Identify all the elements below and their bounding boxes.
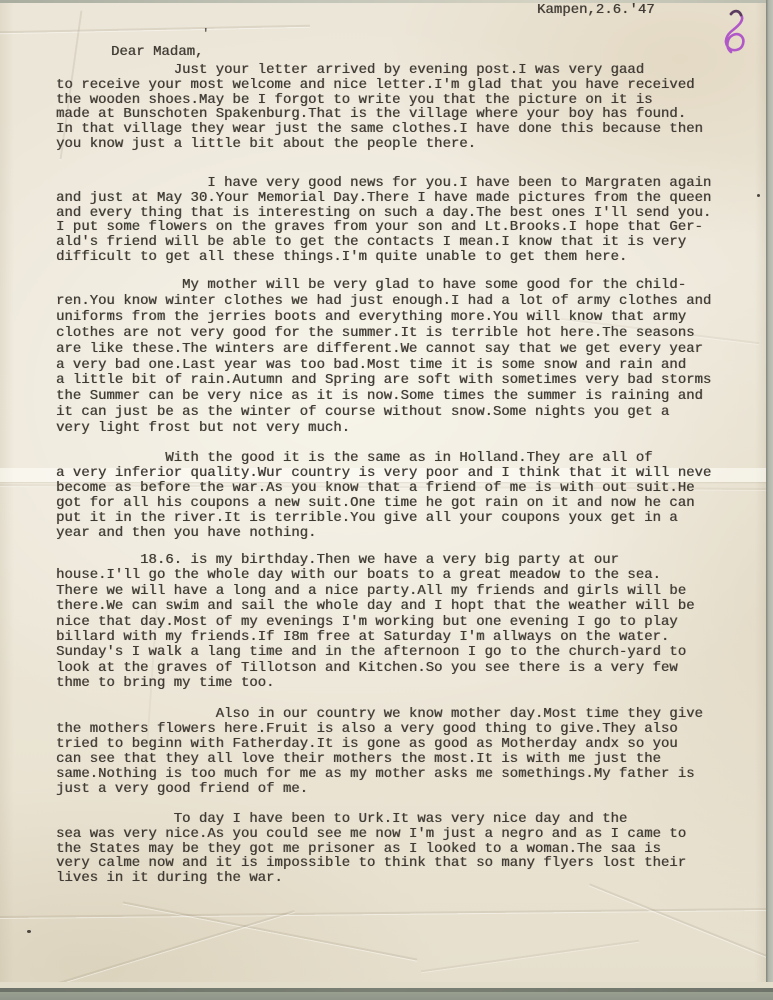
crease bbox=[0, 25, 310, 33]
stray-typed-mark: ' bbox=[202, 27, 209, 42]
paragraph: To day I have been to Urk.It was very ni… bbox=[56, 812, 686, 886]
scan-edge-right bbox=[766, 0, 773, 1000]
ink-speck bbox=[757, 194, 760, 197]
scan-edge-bottom bbox=[0, 992, 773, 1000]
crease bbox=[0, 908, 773, 918]
eight-hook bbox=[731, 11, 741, 15]
paragraph: My mother will be very glad to have some… bbox=[56, 278, 711, 437]
paragraph: Just your letter arrived by evening post… bbox=[56, 63, 703, 152]
letter-paper: Kampen,2.6.'47 ' 8 Dear Madam, Just your… bbox=[0, 0, 773, 986]
paragraph: 18.6. is my birthday.Then we have a very… bbox=[56, 553, 695, 692]
paragraph: I have very good news for you.I have bee… bbox=[56, 176, 711, 265]
salutation: Dear Madam, bbox=[111, 45, 203, 60]
crease bbox=[589, 883, 773, 982]
crease bbox=[123, 901, 418, 960]
ink-speck bbox=[27, 930, 31, 933]
scan-edge-top bbox=[0, 0, 773, 3]
eight-stroke bbox=[726, 15, 743, 52]
handwritten-eight-icon bbox=[714, 6, 758, 62]
dateline: Kampen,2.6.'47 bbox=[537, 3, 655, 18]
crease bbox=[45, 910, 294, 988]
paragraph: With the good it is the same as in Holla… bbox=[56, 451, 711, 541]
crease bbox=[421, 940, 639, 973]
scanned-letter: Kampen,2.6.'47 ' 8 Dear Madam, Just your… bbox=[0, 0, 773, 1000]
paragraph: Also in our country we know mother day.M… bbox=[56, 707, 703, 797]
page-number-handwritten: 8 bbox=[714, 6, 758, 62]
